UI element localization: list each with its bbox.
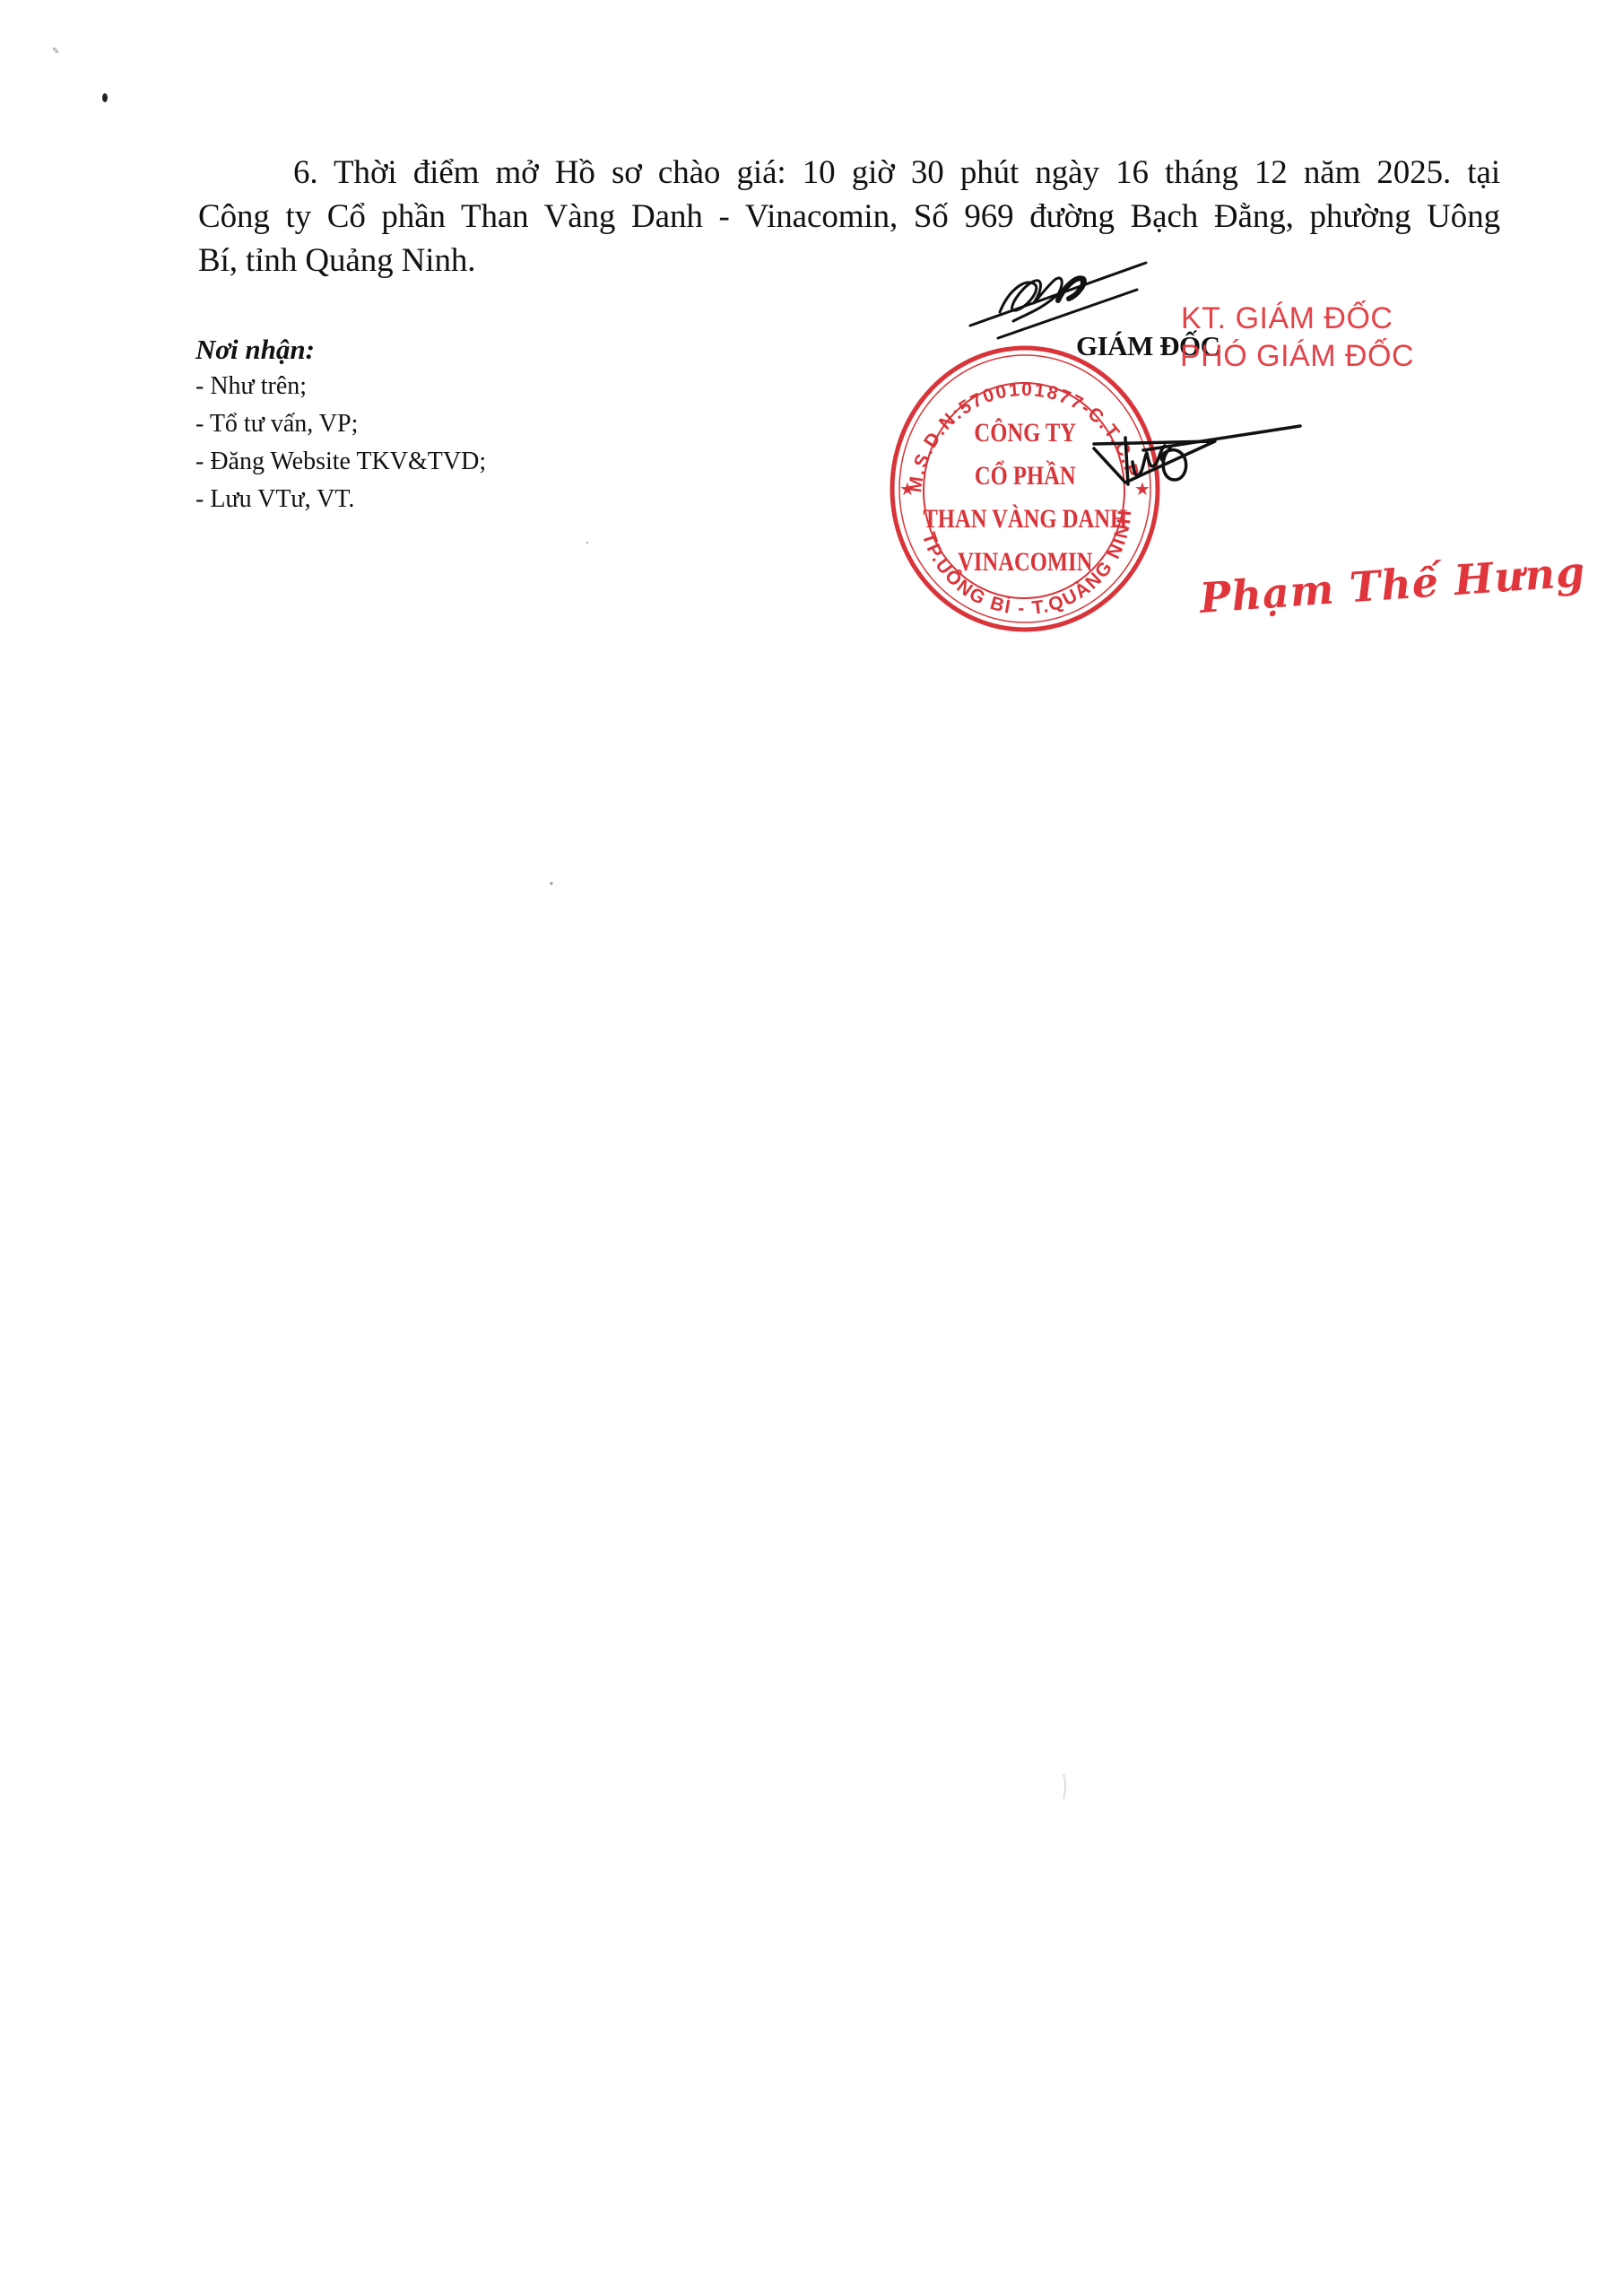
paragraph-line-3: Bí, tỉnh Quảng Ninh. [198,239,1500,283]
svg-text:★: ★ [899,480,916,500]
deputy-stamp-line-2: PHÓ GIÁM ĐỐC [1180,339,1414,374]
seal-line-3: THAN VÀNG DANH [923,504,1127,534]
paragraph-line-2: Công ty Cổ phần Than Vàng Danh - Vinacom… [198,195,1500,239]
deputy-director-signature-icon [1089,413,1323,493]
recipient-item: - Như trên; [195,368,486,405]
initial-signature-icon [959,251,1175,350]
deputy-stamp-line-1: KT. GIÁM ĐỐC [1181,301,1393,336]
recipient-item: - Đăng Website TKV&TVD; [195,443,486,481]
paragraph-line-1: 6. Thời điểm mở Hồ sơ chào giá: 10 giờ 3… [198,151,1500,195]
recipients-list: - Như trên; - Tổ tư vấn, VP; - Đăng Webs… [195,368,486,518]
recipient-item: - Tổ tư vấn, VP; [195,405,486,443]
svg-text:✎: ✎ [52,47,59,57]
seal-line-2: CỔ PHẦN [975,460,1076,491]
seal-line-4: VINACOMIN [958,547,1092,577]
paragraph-item-6: 6. Thời điểm mở Hồ sơ chào giá: 10 giờ 3… [198,151,1500,283]
recipient-item: - Lưu VTư, VT. [195,481,486,518]
seal-line-1: CÔNG TY [974,418,1076,448]
recipients-title: Nơi nhận: [195,334,315,366]
